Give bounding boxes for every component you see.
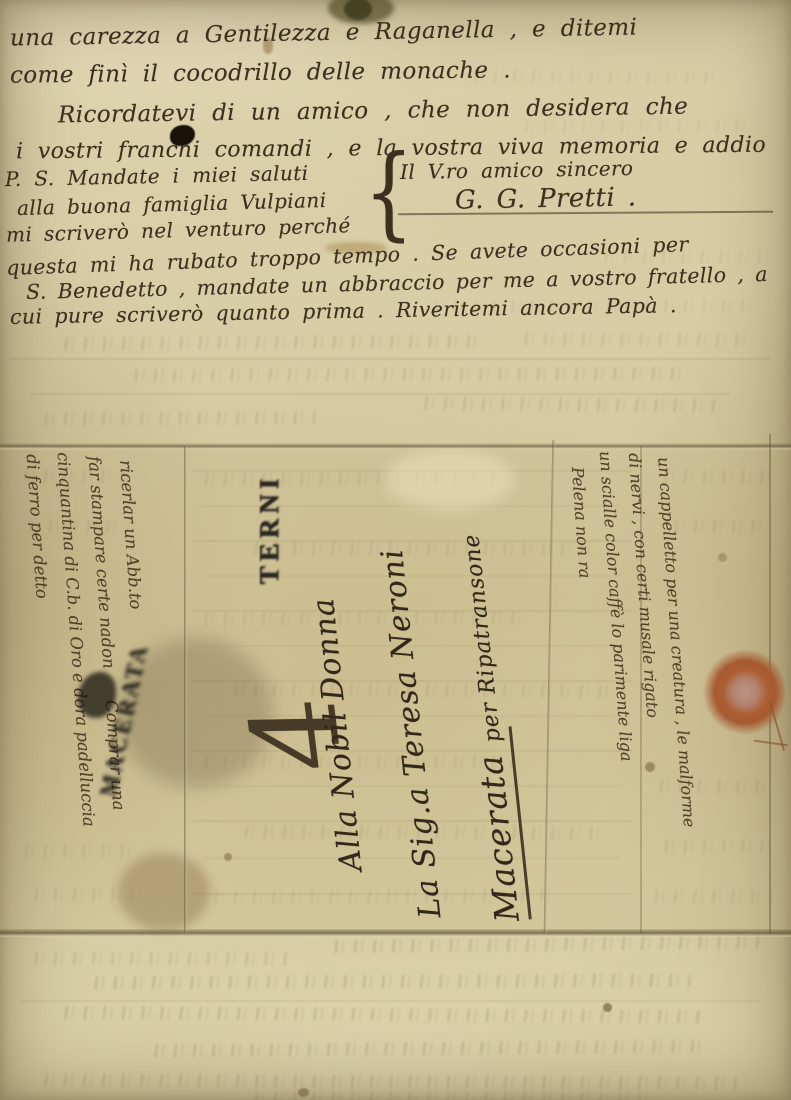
bleedthrough-line [130,367,690,382]
brace-flourish: { [364,135,414,252]
fold-shadow-line [30,393,730,395]
closing-line: Il V.ro amico sincero [400,156,634,184]
bleedthrough-line [150,1040,710,1058]
fold-shadow-line [20,1000,760,1002]
bleedthrough-line [250,1092,650,1100]
bleedthrough-line [420,397,720,412]
stain [298,1088,309,1097]
terni-postmark: TERNI [254,469,288,589]
fold-line-vertical [184,446,187,933]
bleedthrough-line [90,973,690,989]
letter-page: una carezza a Gentilezza e Raganella , e… [0,0,791,1100]
bleedthrough-line [60,335,480,351]
stain [718,553,727,562]
letter-line: come finì il cocodrillo delle monache . [10,57,511,88]
stain [603,1003,612,1012]
recipient-address: Alla Nobil Donna La Sig.a Teresa Neroni … [340,450,570,920]
bleedthrough-line [520,332,750,346]
address-route: per Ripatransone [459,532,506,743]
signature: G. G. Pretti . [455,182,637,215]
stain [224,853,232,861]
bleedthrough-line [40,411,320,425]
bleedthrough-line [40,1073,740,1090]
fold-shadow-line [10,358,770,360]
margin-notes-right: un cappelletto per una creatura , le mal… [557,440,677,940]
bleedthrough-line [30,951,290,965]
bleedthrough-line [670,520,770,534]
